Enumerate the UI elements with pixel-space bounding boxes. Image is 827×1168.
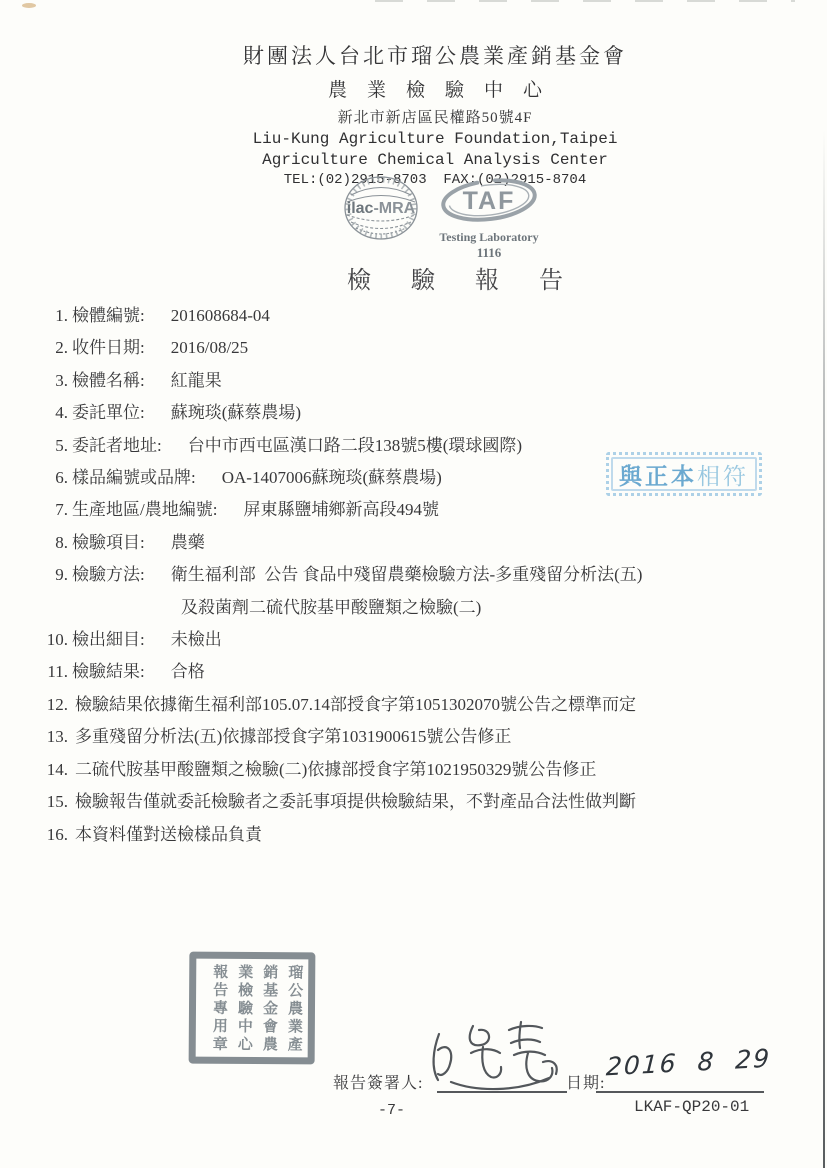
copy-stamp-text-strong: 與正本 [619, 458, 697, 491]
item-number: 14. [28, 754, 68, 786]
scan-shadow-right [823, 130, 825, 1168]
item-value: 二硫代胺基甲酸鹽類之檢驗(二)依據部授食字第1021950329號公告修正 [75, 760, 596, 779]
report-item: 12.檢驗結果依據衛生福利部105.07.14部授食字第1051302070號公… [28, 689, 798, 721]
org-name-zh: 財團法人台北市瑠公農業產銷基金會 [43, 40, 827, 70]
certified-copy-stamp: 與正本相符 [606, 452, 762, 496]
report-item: 14.二硫代胺基甲酸鹽類之檢驗(二)依據部授食字第1021950329號公告修正 [28, 754, 798, 786]
taf-logo: TAF Testing Laboratory 1116 [434, 176, 544, 261]
item-number: 15. [28, 786, 68, 818]
item-value: 2016/08/25 [171, 338, 248, 357]
signer-label: 報告簽署人: [333, 1070, 423, 1093]
item-label: 樣品編號或品牌: [72, 468, 196, 487]
report-items: 1.檢體編號:201608684-042.收件日期:2016/08/253.檢體… [28, 300, 798, 851]
item-value: 多重殘留分析法(五)依據部授食字第1031900615號公告修正 [75, 727, 511, 746]
item-label: 檢體編號: [72, 306, 145, 325]
center-name-zh: 農業檢驗中心 [43, 75, 827, 102]
item-number: 13. [28, 721, 68, 753]
report-item: 11.檢驗結果:合格 [28, 656, 798, 688]
item-label: 生產地區/農地編號: [72, 500, 217, 519]
item-value: OA-1407006蘇琬琰(蘇蔡農場) [222, 468, 442, 487]
item-label: 檢體名稱: [72, 371, 145, 390]
date-handwriting: 2016 8 29 [605, 1044, 772, 1082]
item-value: 衛生福利部 公告 食品中殘留農藥檢驗方法-多重殘留分析法(五) [171, 565, 643, 584]
item-number: 9. [28, 559, 68, 591]
taf-logo-icon: TAF [439, 176, 539, 224]
taf-lab-number: 1116 [434, 245, 544, 261]
scan-shadow-top [375, 0, 795, 2]
item-number: 10. [28, 624, 68, 656]
item-label: 檢驗項目: [72, 533, 145, 552]
item-value: 檢驗結果依據衛生福利部105.07.14部授食字第1051302070號公告之標… [75, 695, 636, 714]
item-number: 6. [28, 462, 68, 494]
item-value: 台中市西屯區漢口路二段138號5樓(環球國際) [188, 436, 522, 455]
item-number: 2. [28, 332, 68, 364]
report-item: 4.委託單位:蘇琬琰(蘇蔡農場) [28, 397, 798, 429]
item-label: 委託者地址: [72, 436, 162, 455]
report-item: 2.收件日期:2016/08/25 [28, 332, 798, 364]
svg-text:TAF: TAF [463, 187, 516, 215]
item-number: 4. [28, 397, 68, 429]
item-value: 本資料僅對送檢樣品負責 [75, 825, 262, 844]
center-name-en: Agriculture Chemical Analysis Center [43, 151, 827, 169]
report-item: 1.檢體編號:201608684-04 [28, 300, 798, 332]
item-value: 農藥 [171, 533, 205, 552]
page-number: -7- [378, 1102, 405, 1119]
report-item: 10.檢出細目:未檢出 [28, 624, 798, 656]
item-label: 收件日期: [72, 338, 145, 357]
item-number: 12. [28, 689, 68, 721]
org-name-en: Liu-Kung Agriculture Foundation,Taipei [43, 130, 827, 148]
form-code: LKAF-QP20-01 [634, 1098, 749, 1116]
item-number: 16. [28, 819, 68, 851]
taf-caption: Testing Laboratory [434, 230, 544, 245]
item-value: 屏東縣鹽埔鄉新高段494號 [243, 500, 439, 519]
report-item: 8.檢驗項目:農藥 [28, 527, 798, 559]
svg-text:ilac-MRA: ilac-MRA [347, 200, 416, 217]
item-label: 檢出細目: [72, 630, 145, 649]
report-item: 16.本資料僅對送檢樣品負責 [28, 819, 798, 851]
item-value: 檢驗報告僅就委託檢驗者之委託事項提供檢驗結果，不對產品合法性做判斷 [75, 792, 636, 811]
signature-handwriting-icon [425, 1016, 580, 1101]
item-value: 合格 [171, 662, 205, 681]
item-number: 11. [28, 656, 68, 688]
report-item: 15.檢驗報告僅就委託檢驗者之委託事項提供檢驗結果，不對產品合法性做判斷 [28, 786, 798, 818]
report-title: 檢驗報告 [43, 260, 827, 295]
item-label: 檢驗結果: [72, 662, 145, 681]
item-label: 委託單位: [72, 403, 145, 422]
report-item: 9.檢驗方法:衛生福利部 公告 食品中殘留農藥檢驗方法-多重殘留分析法(五) [28, 559, 798, 591]
item-number: 3. [28, 365, 68, 397]
item-number: 1. [28, 300, 68, 332]
foundation-seal-text: 瑠公農業產銷基金會農業檢驗中心報告專用章 [198, 962, 307, 1056]
report-item: 13.多重殘留分析法(五)依據部授食字第1031900615號公告修正 [28, 721, 798, 753]
date-line [596, 1091, 764, 1093]
item-value: 201608684-04 [171, 306, 270, 325]
item-number: 8. [28, 527, 68, 559]
foundation-seal-stamp: 瑠公農業產銷基金會農業檢驗中心報告專用章 [189, 952, 316, 1065]
scanned-report-page: 財團法人台北市瑠公農業產銷基金會 農業檢驗中心 新北市新店區民權路50號4F L… [0, 0, 827, 1168]
item-value: 蘇琬琰(蘇蔡農場) [171, 403, 301, 422]
item-value: 未檢出 [171, 630, 222, 649]
letterhead: 財團法人台北市瑠公農業產銷基金會 農業檢驗中心 新北市新店區民權路50號4F L… [43, 40, 827, 188]
item-number: 5. [28, 430, 68, 462]
report-item: 7.生產地區/農地編號:屏東縣鹽埔鄉新高段494號 [28, 494, 798, 526]
address-zh: 新北市新店區民權路50號4F [43, 106, 827, 127]
copy-stamp-text-light: 相符 [697, 458, 749, 491]
scan-speck [22, 3, 36, 8]
certified-copy-stamp-text: 與正本相符 [611, 457, 757, 491]
item-value: 紅龍果 [171, 371, 222, 390]
report-item-continuation: 及殺菌劑二硫代胺基甲酸鹽類之檢驗(二) [181, 592, 798, 624]
item-number: 7. [28, 494, 68, 526]
report-item: 3.檢體名稱:紅龍果 [28, 365, 798, 397]
item-label: 檢驗方法: [72, 565, 145, 584]
ilac-mra-logo-icon: ilac-MRA [342, 174, 420, 247]
